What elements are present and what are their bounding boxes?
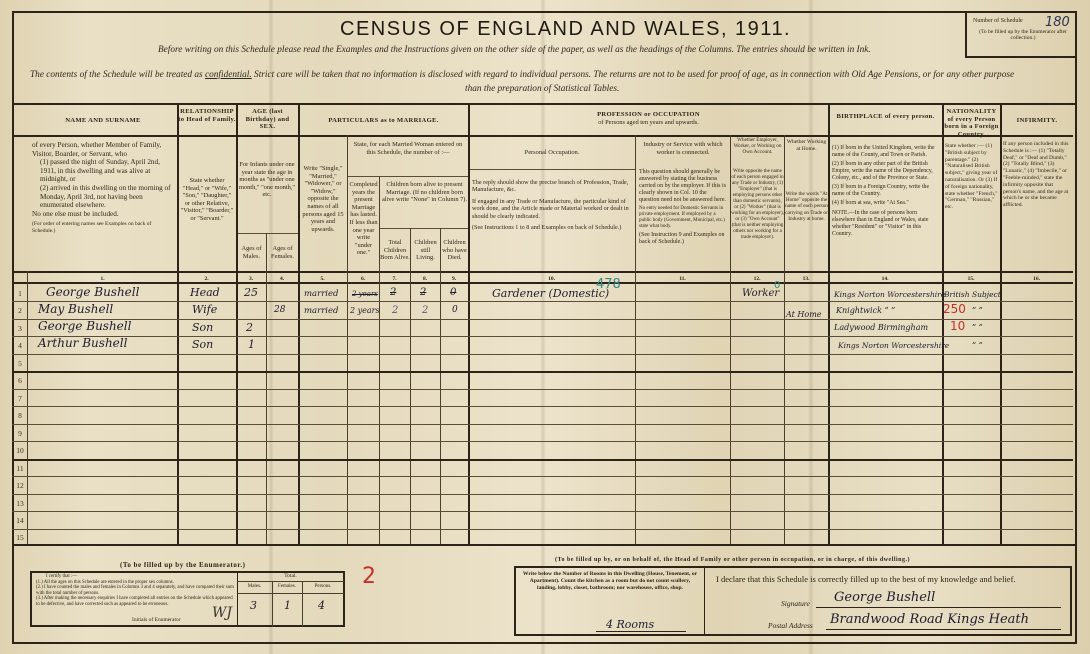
cell-nationality[interactable]: ” ” — [972, 306, 983, 315]
row-number: 5 — [14, 359, 26, 368]
red-annotation: 2 — [362, 564, 376, 589]
total-persons[interactable]: 4 — [318, 599, 325, 612]
cell-condition[interactable]: married — [304, 306, 338, 316]
header-occupation: PROFESSION or OCCUPATION — [469, 111, 828, 119]
personal-occupation-header: Personal Occupation. — [469, 149, 635, 157]
head-box: Write below the Number of Rooms in this … — [514, 566, 1072, 636]
employer-instructions: Write opposite the name of each person e… — [731, 169, 784, 241]
infirmity-instructions: If any person included in this Schedule … — [1003, 141, 1071, 209]
occ-instr-3: (See Instructions 1 to 8 and Examples on… — [472, 224, 632, 231]
cell-nationality[interactable]: ” ” — [972, 341, 983, 350]
nationality-instructions: State whether :— (1) "British subject by… — [945, 143, 999, 211]
total-label: Total. — [237, 573, 344, 579]
children-died-header: Children who have Died. — [441, 239, 468, 262]
children-header: Children born alive to present Marriage.… — [381, 181, 468, 204]
name-instr-d: No one else must be included. — [32, 210, 174, 219]
header-marriage: PARTICULARS as to MARRIAGE. — [299, 117, 468, 125]
occupation-code: 478 — [596, 277, 621, 292]
census-table: NAME AND SURNAME RELATIONSHIP to Head of… — [12, 103, 1077, 546]
header-birthplace: BIRTHPLACE of every person. — [829, 113, 942, 121]
cell-birthplace[interactable]: Ladywood Birmingham — [834, 323, 928, 332]
row-number: 13 — [14, 499, 26, 508]
confidential-line: The contents of the Schedule will be tre… — [30, 70, 1014, 80]
row-line — [12, 301, 1073, 302]
instruction-line: Before writing on this Schedule please r… — [158, 45, 871, 55]
schedule-number-box: Number of Schedule 180 (To be filled up … — [965, 11, 1077, 58]
occ-instr-1: The reply should show the precise branch… — [472, 179, 632, 194]
cell-birthplace[interactable]: Kings Norton Worcestershire — [834, 290, 945, 299]
certify-2: (2.) I have counted the males and female… — [36, 585, 236, 596]
cell-age-male[interactable]: 1 — [248, 338, 255, 351]
column-number: 9. — [440, 276, 468, 282]
cell-children-living[interactable]: 2 — [422, 305, 428, 316]
cell-total-children[interactable]: 2 — [390, 287, 396, 298]
header-name: NAME AND SURNAME — [28, 117, 178, 125]
row-number: 14 — [14, 516, 26, 525]
enumerator-caption: (To be filled up by the Enumerator.) — [120, 561, 245, 569]
cell-birthplace[interactable]: Kings Norton Worcestershire — [838, 341, 949, 350]
row-line — [12, 424, 1073, 425]
row-number: 2 — [14, 306, 26, 315]
confidential-word: confidential. — [205, 70, 252, 80]
cell-nationality[interactable]: ” ” — [972, 323, 983, 332]
occ-instr-2: If engaged in any Trade or Manufacture, … — [472, 198, 632, 220]
column-number: 4. — [266, 276, 298, 282]
cell-relationship[interactable]: Wife — [192, 303, 217, 316]
age-males-header: Ages of Males. — [237, 245, 266, 260]
certify-3: (3.) After making the necessary enquirie… — [36, 596, 236, 607]
age-instructions: For Infants under one year state the age… — [238, 161, 296, 199]
schedule-number-label: Number of Schedule — [973, 18, 1023, 24]
bp-instr-4: (4) If born at sea, write "At Sea." — [832, 200, 940, 207]
children-living-header: Children still Living. — [411, 239, 440, 262]
personal-occupation-instructions: The reply should show the precise branch… — [472, 179, 632, 231]
row-number: 8 — [14, 411, 26, 420]
signature-line — [816, 607, 1061, 608]
column-line — [177, 105, 179, 544]
males-label: Males. — [237, 584, 272, 589]
employer-code: 0 — [774, 280, 780, 291]
head-caption: (To be filled up by, or on behalf of, th… — [555, 557, 910, 563]
birthplace-code: 10 — [950, 319, 965, 333]
column-line — [468, 105, 470, 544]
row-number: 9 — [14, 429, 26, 438]
rooms-instructions: Write below the Number of Rooms in this … — [520, 571, 700, 591]
bp-note: NOTE.—In the case of persons born elsewh… — [832, 210, 940, 238]
cell-relationship[interactable]: Son — [192, 321, 213, 334]
total-males[interactable]: 3 — [250, 599, 257, 612]
column-number: 1. — [28, 276, 177, 282]
persons-label: Persons. — [302, 584, 344, 589]
column-number: 8. — [410, 276, 440, 282]
column-number: 7. — [379, 276, 410, 282]
cell-children-died[interactable]: 0 — [450, 287, 456, 298]
header-divider — [12, 282, 1073, 284]
header-age: AGE (last Birthday) and SEX. — [237, 108, 298, 131]
column-line — [379, 176, 380, 544]
confidential-post: Strict care will be taken that no inform… — [252, 70, 1014, 80]
ind-instr-2: No entry needed for Domestic Servants in… — [639, 206, 727, 230]
row-line — [12, 511, 1073, 512]
birthplace-instructions: (1) If born in the United Kingdom, write… — [832, 145, 940, 238]
ind-instr-3: (See Instruction 9 and Examples on back … — [639, 232, 727, 246]
cell-name[interactable]: May Bushell — [38, 302, 113, 316]
married-woman-instructions: State, for each Married Woman entered on… — [349, 141, 467, 156]
initials-label: Initials of Enumerator — [132, 617, 181, 623]
header-divider — [236, 233, 298, 234]
row-line — [12, 441, 1073, 442]
enumerator-box: I certify that :— (1.) All the ages on t… — [30, 571, 345, 627]
industry-instructions: This question should generally be answer… — [639, 169, 727, 246]
bp-instr-2: (2) If born in any other part of the Bri… — [832, 161, 940, 182]
divider — [237, 571, 238, 627]
cell-condition[interactable]: married — [304, 289, 338, 299]
cell-name[interactable]: George Bushell — [46, 285, 139, 299]
cell-age-male[interactable]: 25 — [244, 286, 258, 299]
enumerator-initials[interactable]: WJ — [212, 605, 232, 621]
cell-nationality[interactable]: British Subject — [944, 290, 1001, 299]
row-number: 3 — [14, 324, 26, 333]
name-instr-a: of every Person, whether Member of Famil… — [32, 141, 174, 158]
cell-name[interactable]: George Bushell — [38, 319, 131, 333]
name-instructions: of every Person, whether Member of Famil… — [32, 141, 174, 234]
row-line — [12, 406, 1073, 407]
divider — [237, 581, 344, 582]
address-line — [826, 629, 1061, 630]
age-females-header: Ages of Females. — [267, 245, 298, 260]
divider — [237, 593, 344, 594]
name-instr-e: (For order of entering names see Example… — [32, 221, 174, 234]
column-line — [1000, 105, 1002, 544]
header-occupation-sub: of Persons aged ten years and upwards. — [469, 119, 828, 127]
cell-relationship[interactable]: Head — [190, 286, 220, 299]
row-line — [12, 529, 1073, 530]
column-number: 5. — [298, 276, 347, 282]
column-number: 6. — [347, 276, 379, 282]
schedule-number[interactable]: 180 — [1045, 15, 1070, 30]
confidential-line-2: than the preparation of Statistical Tabl… — [465, 84, 619, 94]
row-line — [12, 494, 1073, 495]
column-number: 2. — [177, 276, 236, 282]
divider — [704, 566, 705, 636]
confidential-pre: The contents of the Schedule will be tre… — [30, 70, 205, 80]
cell-occupation[interactable]: Gardener (Domestic) — [492, 287, 609, 300]
rooms-count[interactable]: 4 Rooms — [596, 618, 686, 632]
header-divider — [468, 169, 635, 170]
industry-header: Industry or Service with which worker is… — [637, 141, 729, 156]
column-number: 11. — [635, 276, 730, 282]
row-number: 1 — [14, 289, 26, 298]
row-line — [12, 389, 1073, 390]
row-number: 7 — [14, 394, 26, 403]
row-number: 4 — [14, 341, 26, 350]
cell-total-children[interactable]: 2 — [392, 305, 398, 316]
row-number: 10 — [14, 446, 26, 455]
column-line — [27, 271, 28, 544]
cell-years-married[interactable]: 2 years — [350, 306, 380, 315]
column-number: 16. — [1000, 276, 1073, 282]
years-married-header: Completed years the present Marriage has… — [348, 181, 379, 257]
cell-children-living[interactable]: 2 — [420, 287, 426, 298]
row-number: 15 — [14, 533, 26, 542]
birthplace-code: 250 — [943, 302, 966, 316]
header-divider — [379, 228, 469, 229]
header-divider — [12, 271, 1073, 273]
address-label: Postal Address — [768, 621, 813, 630]
column-number: 13. — [784, 276, 828, 282]
column-number: 3. — [236, 276, 266, 282]
row-number: 11 — [14, 464, 26, 473]
row-number: 12 — [14, 481, 26, 490]
page-title: CENSUS OF ENGLAND AND WALES, 1911. — [340, 18, 791, 41]
signature-label: Signature — [781, 599, 810, 608]
declaration: I declare that this Schedule is correctl… — [716, 574, 1016, 584]
employer-header: Whether Employer, Worker, or Working on … — [731, 137, 784, 155]
cell-name[interactable]: Arthur Bushell — [38, 336, 127, 350]
row-number: 6 — [14, 376, 26, 385]
total-children-header: Total Children Born Alive. — [380, 239, 410, 262]
column-number: 14. — [828, 276, 942, 282]
header-relationship: RELATIONSHIP to Head of Family. — [178, 108, 236, 123]
name-instr-c: (2) arrived in this dwelling on the morn… — [32, 184, 174, 210]
cell-at-home[interactable]: At Home — [786, 310, 822, 319]
row-line — [12, 354, 1073, 355]
cell-age-male[interactable]: 2 — [246, 321, 253, 334]
bp-instr-1: (1) If born in the United Kingdom, write… — [832, 145, 940, 159]
condition-instructions: Write "Single," "Married," "Widower," or… — [300, 165, 346, 233]
row-line — [12, 459, 1073, 461]
cell-relationship[interactable]: Son — [192, 338, 213, 351]
row-line — [12, 319, 1073, 320]
column-number: 15. — [942, 276, 1000, 282]
females-label: Females. — [272, 584, 302, 589]
enumerator-certification: I certify that :— (1.) All the ages on t… — [36, 574, 236, 608]
signature[interactable]: George Bushell — [834, 590, 935, 605]
relationship-instructions: State whether "Head," or "Wife," "Son," … — [180, 177, 234, 223]
row-line — [12, 336, 1073, 337]
header-divider — [12, 135, 1073, 137]
header-infirmity: INFIRMITY. — [1001, 117, 1073, 125]
ind-instr-1: This question should generally be answer… — [639, 169, 727, 204]
schedule-note: (To be filled up by the Enumerator after… — [973, 29, 1073, 41]
at-home-header: Whether Working at Home. — [785, 139, 828, 152]
postal-address[interactable]: Brandwood Road Kings Heath — [830, 612, 1029, 627]
cell-children-died[interactable]: 0 — [452, 305, 458, 315]
bp-instr-3: (3) If born in a Foreign Country, write … — [832, 184, 940, 198]
column-line — [942, 105, 944, 544]
total-females[interactable]: 1 — [284, 599, 291, 612]
header-divider — [347, 176, 469, 177]
header-nationality: NATIONALITY of every Person born in a Fo… — [943, 108, 1000, 138]
name-instr-b: (1) passed the night of Sunday, April 2n… — [32, 158, 174, 184]
cell-years-married[interactable]: 2 years — [352, 290, 378, 298]
column-line — [635, 135, 636, 544]
row-line — [12, 371, 1073, 373]
column-line — [828, 105, 830, 544]
cell-birthplace[interactable]: Knightwick ” ” — [836, 306, 895, 315]
at-home-instructions: Write the words "At Home" opposite the n… — [785, 191, 828, 222]
row-line — [12, 476, 1073, 477]
cell-age-female[interactable]: 28 — [274, 305, 285, 315]
